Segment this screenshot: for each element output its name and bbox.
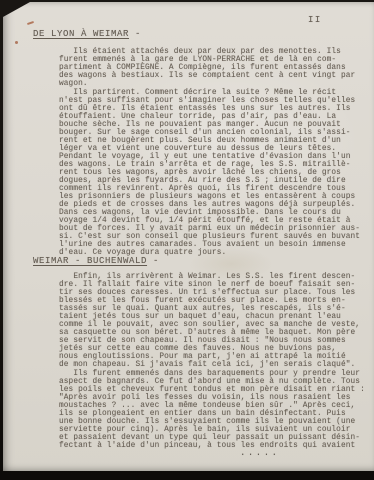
section-heading-lyon-weimar: DE LYON À WEIMAR - bbox=[33, 30, 141, 38]
paragraph-arrival-weimar: Enfin, ils arrivèrent à Weimar. Les S.S.… bbox=[59, 273, 360, 369]
scanned-document: II DE LYON À WEIMAR - Ils étaient attach… bbox=[0, 0, 374, 480]
section-heading-text: DE LYON À WEIMAR bbox=[33, 29, 129, 39]
paragraph-barracks: Ils furent emmenés dans des baraquements… bbox=[59, 370, 365, 450]
red-ink-dot bbox=[15, 41, 18, 44]
section-heading-dash: - bbox=[129, 29, 141, 39]
section-heading-weimar-buchenwald: WEIMAR - BUCHENWALD - bbox=[33, 257, 159, 265]
red-ink-mark bbox=[27, 21, 34, 25]
paper-page: II DE LYON À WEIMAR - Ils étaient attach… bbox=[3, 2, 374, 471]
paragraph-train-departure: Ils étaient attachés deux par deux par d… bbox=[59, 48, 355, 88]
paragraph-journey: Ils partirent. Comment décrire la suite … bbox=[59, 89, 360, 257]
footer-dots: ..... bbox=[240, 449, 280, 457]
section-heading-dash: - bbox=[147, 256, 159, 266]
page-number: II bbox=[308, 16, 322, 24]
section-heading-text: WEIMAR - BUCHENWALD bbox=[33, 256, 147, 266]
